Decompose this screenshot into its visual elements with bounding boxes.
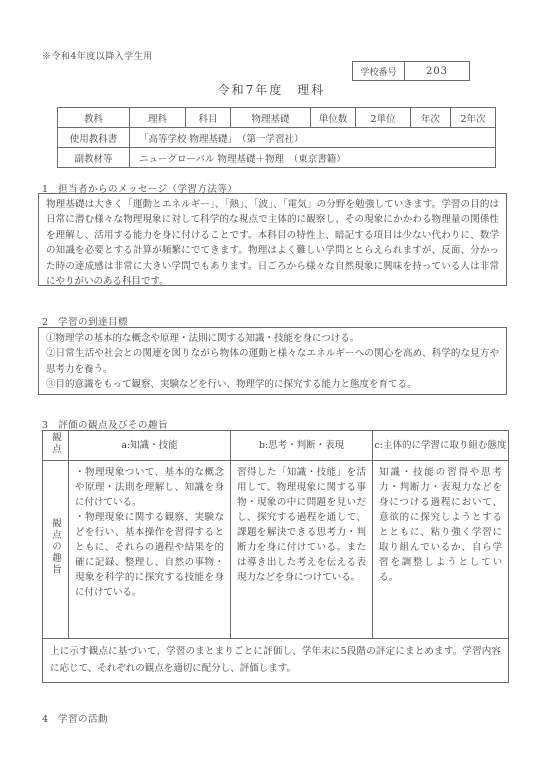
goal-item-2: ②日常生活や社会との関連を図りながら物体の運動と様々なエネルギーへの関心を高め、… xyxy=(46,346,499,377)
eval-a-item-1: ・物理現象ついて、基本的な概念や原理・法則を理解し、知識を身に付けている。 xyxy=(75,465,224,510)
evaluation-criteria-table: 観点 a:知識・技能 b:思考・判断・表現 c:主体的に学習に取り組む態度 観点… xyxy=(42,430,509,683)
eval-col-b-header: b:思考・判断・表現 xyxy=(231,431,373,461)
section4-number: 4 xyxy=(42,714,58,725)
goal-item-3: ③目的意識をもって観察、実験などを行い、物理学的に探究する能力と態度を育てる。 xyxy=(46,377,499,392)
course-value: 物理基礎 xyxy=(231,108,311,128)
course-info-table: 教科 理科 科目 物理基礎 単位数 2単位 年次 2年次 使用教科書 「高等学校… xyxy=(57,107,496,168)
credits-value: 2単位 xyxy=(356,108,411,128)
eval-row-label-cell: 観点の趣旨 xyxy=(43,461,69,639)
school-number-label: 学校番号 xyxy=(353,62,405,80)
subject-label: 教科 xyxy=(58,108,130,128)
syllabus-page: ※令和4年度以降入学生用 学校番号 203 令和7年度 理科 教科 理科 科目 … xyxy=(0,0,543,768)
subject-value: 理科 xyxy=(130,108,186,128)
document-title: 令和7年度 理科 xyxy=(0,81,543,98)
goal-item-1: ①物理学の基本的な概念や原理・法則に関する知識・技能を身につける。 xyxy=(46,331,499,346)
learning-goals-box: ①物理学の基本的な概念や原理・法則に関する知識・技能を身につける。 ②日常生活や… xyxy=(38,327,507,395)
eval-cell-thinking-judgement: 習得した「知識・技能」を活用して、物理現象に関する事物・現象の中に問題を見いだし… xyxy=(231,461,373,639)
eval-col-a-header: a:知識・技能 xyxy=(69,431,231,461)
course-row-3: 副教材等 ニューグローバル 物理基礎＋物理 （東京書籍） xyxy=(58,148,496,168)
teacher-message-box: 物理基礎は大きく「運動とエネルギー」、「熱」、「波」、「電気」の分野を勉強してい… xyxy=(38,193,507,286)
section2-heading: 2学習の到達目標 xyxy=(42,314,128,328)
eval-cell-knowledge-skills: ・物理現象ついて、基本的な概念や原理・法則を理解し、知識を身に付けている。 ・物… xyxy=(69,461,231,639)
school-number-box: 学校番号 203 xyxy=(352,61,470,81)
eval-a-item-2: ・物理現象に関する観察、実験などを行い、基本操作を習得するとともに、それらの過程… xyxy=(75,510,224,600)
year-value: 2年次 xyxy=(451,108,496,128)
course-label: 科目 xyxy=(186,108,231,128)
course-row-2: 使用教科書 「高等学校 物理基礎」 （第一学習社） xyxy=(58,128,496,148)
year-label: 年次 xyxy=(411,108,451,128)
eval-col-c-header: c:主体的に学習に取り組む態度 xyxy=(373,431,509,461)
course-row-1: 教科 理科 科目 物理基礎 単位数 2単位 年次 2年次 xyxy=(58,108,496,128)
section3-heading: 3評価の観点及びその趣旨 xyxy=(42,417,168,431)
eval-corner-header: 観点 xyxy=(43,431,69,461)
eval-footer-row: 上に示す観点に基づいて、学習のまとまりごとに評価し、学年末に5段階の評定にまとめ… xyxy=(43,639,509,683)
textbook-label: 使用教科書 xyxy=(58,128,130,148)
textbook-value: 「高等学校 物理基礎」 （第一学習社） xyxy=(130,128,496,148)
eval-body-row: 観点の趣旨 ・物理現象ついて、基本的な概念や原理・法則を理解し、知識を身に付けて… xyxy=(43,461,509,639)
eval-header-row: 観点 a:知識・技能 b:思考・判断・表現 c:主体的に学習に取り組む態度 xyxy=(43,431,509,461)
entry-year-note: ※令和4年度以降入学生用 xyxy=(42,49,153,62)
section4-heading: 4学習の活動 xyxy=(42,711,108,725)
eval-corner-label: 観点 xyxy=(49,432,62,455)
supplementary-value: ニューグローバル 物理基礎＋物理 （東京書籍） xyxy=(130,148,496,168)
school-number-value: 203 xyxy=(405,62,469,80)
eval-row-label: 観点の趣旨 xyxy=(48,518,63,576)
eval-cell-attitude: 知識・技能の習得や思考力・判断力・表現力などを身につける過程において、意欲的に探… xyxy=(373,461,509,639)
eval-footer-note: 上に示す観点に基づいて、学習のまとまりごとに評価し、学年末に5段階の評定にまとめ… xyxy=(43,639,509,683)
credits-label: 単位数 xyxy=(311,108,356,128)
supplementary-label: 副教材等 xyxy=(58,148,130,168)
section4-title: 学習の活動 xyxy=(58,714,108,725)
